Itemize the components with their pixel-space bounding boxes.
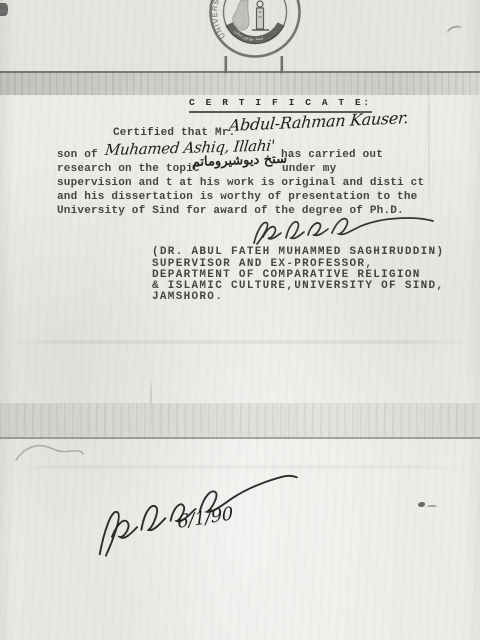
body-line-3-typed-prefix: research on the topic [57,163,200,175]
corner-mark-top-left [0,3,8,16]
supervisor-signature [248,211,438,251]
certificate-scan-page: UNIVERSITY OF SIND سنڌ يونيورسٽي [0,0,480,640]
body-line-5: and his dissertation is worthy of presen… [57,191,417,203]
pencil-squiggle [14,440,84,466]
seal-emblem-icon [233,0,269,30]
svg-text:SIND: SIND [277,0,298,2]
ink-blot-tail [427,505,437,507]
body-line-2-typed-prefix: son of [57,149,98,161]
tape-edge-bottom [0,403,480,439]
tape-edge-top [0,71,480,95]
signatory-name: (DR. ABUL FATEH MUHAMMED SAGHIRUDDIN) [152,246,444,258]
ink-blot [418,502,425,507]
body-line-3-typed-suffix: under my [282,163,336,175]
body-line-2-typed-suffix: has carried out [281,149,383,161]
fold-crease-vertical-right [428,80,430,210]
fold-crease-horizontal [0,340,480,344]
seal-ring-text-right: SIND [277,0,298,2]
university-seal-icon: UNIVERSITY OF SIND سنڌ يونيورسٽي [203,0,307,76]
handwritten-topic-urdu: ستخ ديوشيروماتم [191,152,287,170]
signatory-city: JAMSHORO. [152,291,223,303]
stray-mark-top-right [446,24,465,39]
body-line-4: supervision and t at his work is origina… [57,177,424,189]
